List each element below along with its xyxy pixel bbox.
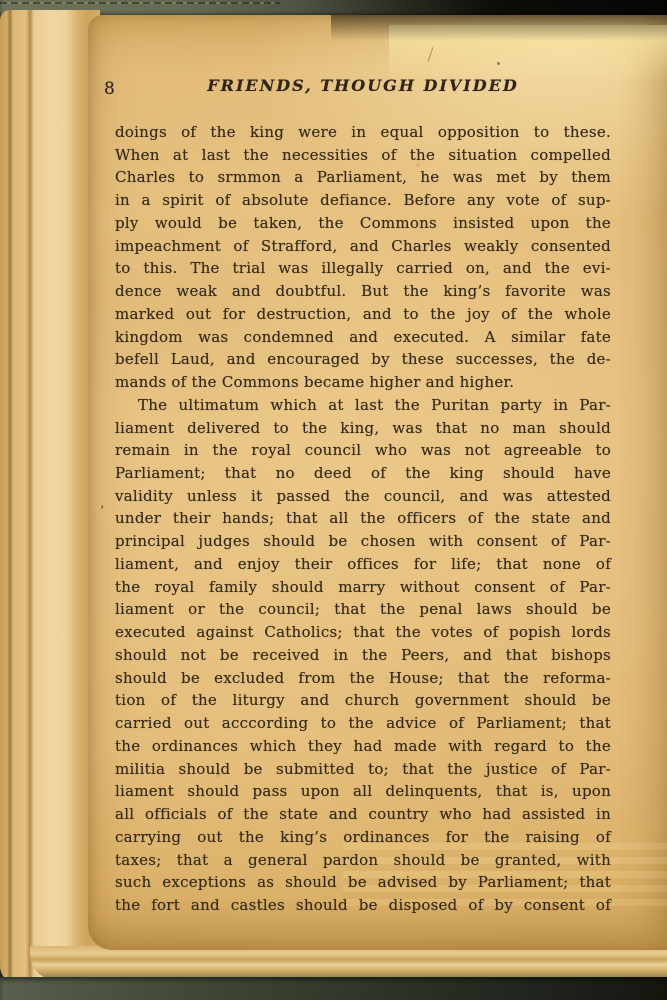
text-line: marked out for destruction, and to the j… — [115, 303, 611, 326]
page-content: 8 FRIENDS, THOUGH DIVIDED doings of the … — [115, 76, 611, 917]
text-line: under their hands; that all the officers… — [115, 507, 611, 530]
paragraph: doings of the king were in equal opposit… — [115, 121, 611, 394]
book-page: ’ 8 FRIENDS, THOUGH DIVIDED doings of th… — [88, 15, 667, 950]
text-line: the fort and castles should be disposed … — [115, 894, 611, 917]
text-line: liament should pass upon all delinquents… — [115, 780, 611, 803]
text-line: the ordinances which they had made with … — [115, 735, 611, 758]
text-line: such exceptions as should be advised by … — [115, 871, 611, 894]
book-cover-bottom-edge — [0, 977, 667, 1000]
text-line: liament, and enjoy their offices for lif… — [115, 553, 611, 576]
text-line: ply would be taken, the Commons insisted… — [115, 212, 611, 235]
margin-mark: ’ — [100, 504, 104, 519]
text-line: taxes; that a general pardon should be g… — [115, 849, 611, 872]
text-line: dence weak and doubtful. But the king’s … — [115, 280, 611, 303]
text-line: should be excluded from the House; that … — [115, 667, 611, 690]
paragraph: The ultimatum which at last the Puritan … — [115, 394, 611, 917]
speck-artifact — [497, 62, 500, 65]
text-line: liament delivered to the king, was that … — [115, 417, 611, 440]
text-line: When at last the necessities of the situ… — [115, 144, 611, 167]
text-line: to this. The trial was illegally carried… — [115, 257, 611, 280]
text-line: The ultimatum which at last the Puritan … — [115, 394, 611, 417]
text-line: carried out acccording to the advice of … — [115, 712, 611, 735]
page-edges-left-stack — [0, 10, 100, 984]
body-text: doings of the king were in equal opposit… — [115, 121, 611, 917]
book-scan: ’ 8 FRIENDS, THOUGH DIVIDED doings of th… — [0, 0, 667, 1000]
text-line: liament or the council; that the penal l… — [115, 598, 611, 621]
text-line: impeachment of Strafford, and Charles we… — [115, 235, 611, 258]
text-line: in a spirit of absolute defiance. Before… — [115, 189, 611, 212]
text-line: the royal family should marry without co… — [115, 576, 611, 599]
text-line: carrying out the king’s ordinances for t… — [115, 826, 611, 849]
text-line: validity unless it passed the council, a… — [115, 485, 611, 508]
text-line: tion of the liturgy and church governmen… — [115, 689, 611, 712]
text-line: should not be received in the Peers, and… — [115, 644, 611, 667]
running-title: FRIENDS, THOUGH DIVIDED — [115, 76, 611, 95]
text-line: befell Laud, and encouraged by these suc… — [115, 348, 611, 371]
text-line: militia should be submitted to; that the… — [115, 758, 611, 781]
text-line: doings of the king were in equal opposit… — [115, 121, 611, 144]
gutter-shadow — [331, 15, 667, 41]
book-cover-top-edge — [0, 0, 667, 16]
text-line: principal judges should be chosen with c… — [115, 530, 611, 553]
text-line: executed against Catholics; that the vot… — [115, 621, 611, 644]
page-number: 8 — [104, 79, 115, 99]
page-header: 8 FRIENDS, THOUGH DIVIDED — [115, 76, 611, 100]
text-line: mands of the Commons became higher and h… — [115, 371, 611, 394]
text-line: kingdom was condemned and executed. A si… — [115, 326, 611, 349]
text-line: Charles to srmmon a Parliament, he was m… — [115, 166, 611, 189]
text-line: remain in the royal council who was not … — [115, 439, 611, 462]
page-edges-bottom-stack — [30, 946, 667, 980]
text-line: Parliament; that no deed of the king sho… — [115, 462, 611, 485]
text-line: all officials of the state and country w… — [115, 803, 611, 826]
hair-artifact — [428, 47, 434, 62]
